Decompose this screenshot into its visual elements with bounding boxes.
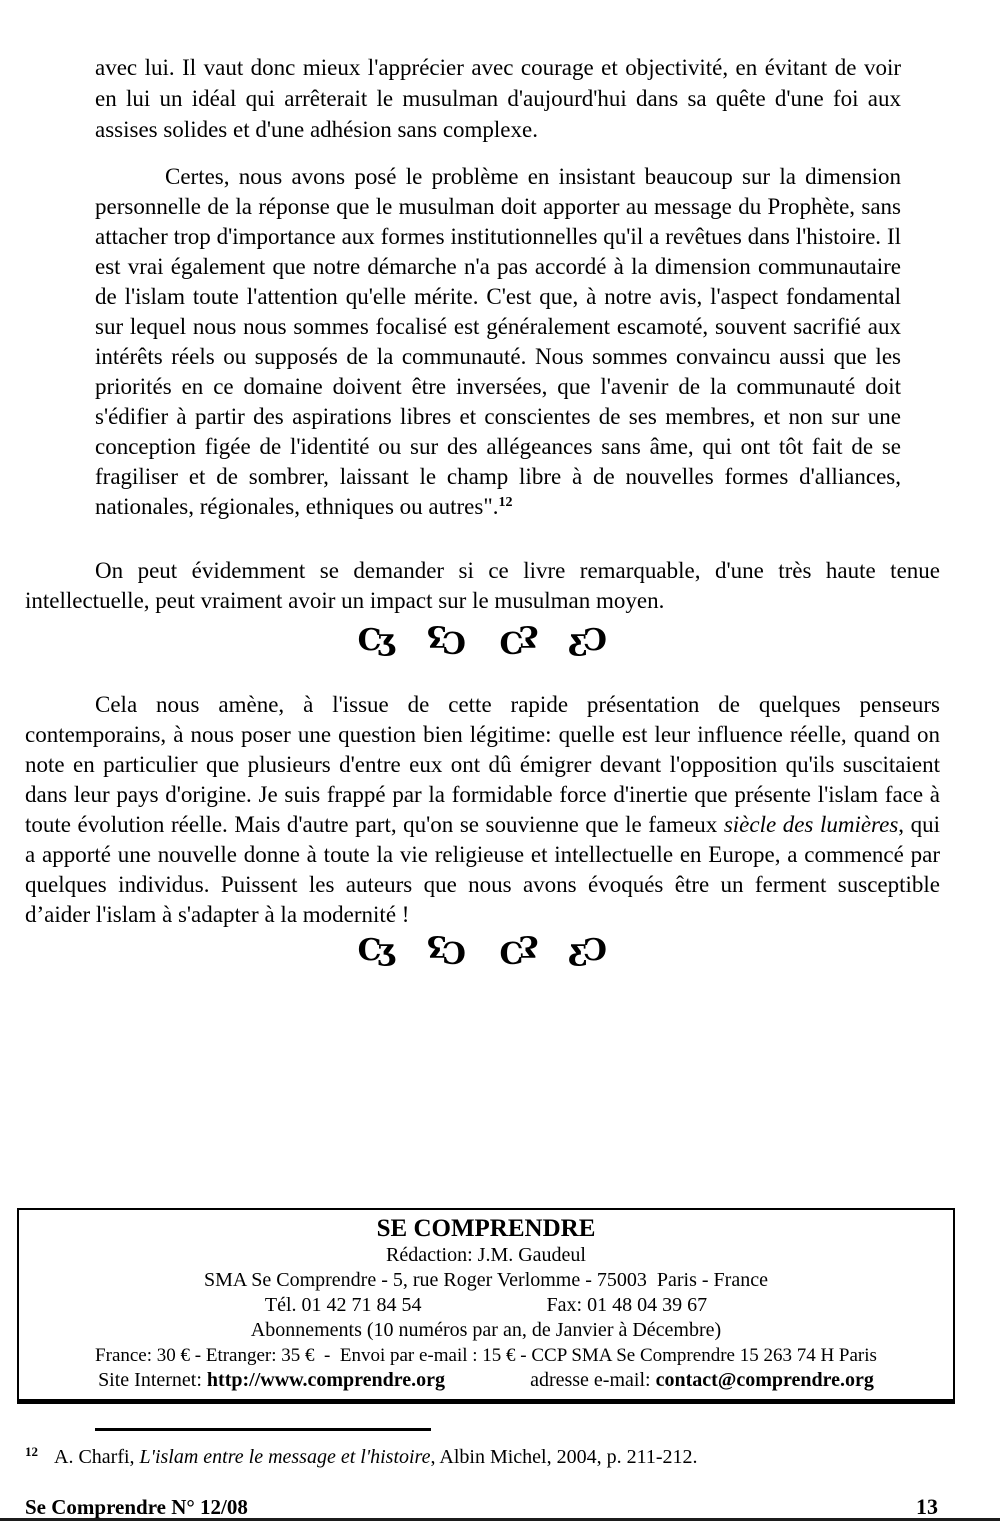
footnote-text-after-title: , Albin Michel, 2004, p. 211-212. [430, 1446, 697, 1468]
scroll-ornament-icon: Cʒ [358, 934, 395, 968]
section-separator: Cʒ Cʒ Cʒ Cʒ [25, 934, 940, 968]
footnote-book-title: L'islam entre le message et l'histoire [140, 1446, 431, 1468]
body-paragraph-conclusion-livre-text: On peut évidemment se demander si ce liv… [25, 558, 940, 613]
page-number: 13 [916, 1494, 938, 1520]
email-address: contact@comprendre.org [656, 1369, 874, 1391]
website-url: http://www.comprendre.org [207, 1369, 445, 1391]
footnote-reference-12: 12 [498, 495, 512, 510]
publication-title: SE COMPRENDRE [27, 1214, 945, 1243]
quote-paragraph-2-text: Certes, nous avons posé le problème en i… [95, 164, 901, 519]
tel-fax-line: Tél. 01 42 71 84 54 Fax: 01 48 04 39 67 [27, 1293, 945, 1318]
section-separator: Cʒ Cʒ Cʒ Cʒ [25, 624, 940, 658]
page-footer: Se Comprendre N° 12/08 13 [25, 1494, 938, 1520]
scroll-ornament-icon: Cʒ [500, 934, 537, 968]
telephone-number: Tél. 01 42 71 84 54 [265, 1293, 422, 1318]
footer-rule [0, 1518, 1000, 1521]
scroll-ornament-icon: Cʒ [570, 934, 607, 968]
footnote-separator-rule [95, 1428, 431, 1431]
body-paragraph-conclusion-livre: On peut évidemment se demander si ce liv… [25, 556, 940, 616]
italic-phrase-siecle-des-lumieres: siècle des lumières [724, 812, 898, 837]
quote-paragraph-2: Certes, nous avons posé le problème en i… [95, 162, 901, 522]
quote-paragraph-1: avec lui. Il vaut donc mieux l'apprécier… [95, 52, 901, 145]
publication-info-box: SE COMPRENDRE Rédaction: J.M. Gaudeul SM… [17, 1208, 955, 1404]
fax-number: Fax: 01 48 04 39 67 [547, 1293, 708, 1318]
website-label: Site Internet: [98, 1369, 207, 1391]
email-label: adresse e-mail: [530, 1369, 656, 1391]
scroll-ornament-icon: Cʒ [429, 624, 466, 658]
scroll-ornament-icon: Cʒ [500, 624, 537, 658]
email-group: adresse e-mail: contact@comprendre.org [530, 1368, 874, 1393]
footnote-marker: 12 [25, 1444, 38, 1459]
footnote-12: 12A. Charfi, L'islam entre le message et… [25, 1444, 940, 1472]
scroll-ornament-icon: Cʒ [358, 624, 395, 658]
body-paragraph-cela-nous-amene: Cela nous amène, à l'issue de cette rapi… [25, 690, 940, 930]
contact-line: Site Internet: http://www.comprendre.org… [27, 1368, 945, 1393]
subscription-line: Abonnements (10 numéros par an, de Janvi… [27, 1318, 945, 1343]
scroll-ornament-icon: Cʒ [429, 934, 466, 968]
journal-issue-label: Se Comprendre N° 12/08 [25, 1495, 248, 1520]
scroll-ornament-icon: Cʒ [570, 624, 607, 658]
quote-paragraph-1-text: avec lui. Il vaut donc mieux l'apprécier… [95, 55, 901, 142]
redaction-line: Rédaction: J.M. Gaudeul [27, 1243, 945, 1268]
footnote-text-before-title: A. Charfi, [54, 1446, 140, 1468]
address-line: SMA Se Comprendre - 5, rue Roger Verlomm… [27, 1268, 945, 1293]
website-group: Site Internet: http://www.comprendre.org [98, 1368, 445, 1393]
pricing-line: France: 30 € - Etranger: 35 € - Envoi pa… [27, 1343, 945, 1368]
